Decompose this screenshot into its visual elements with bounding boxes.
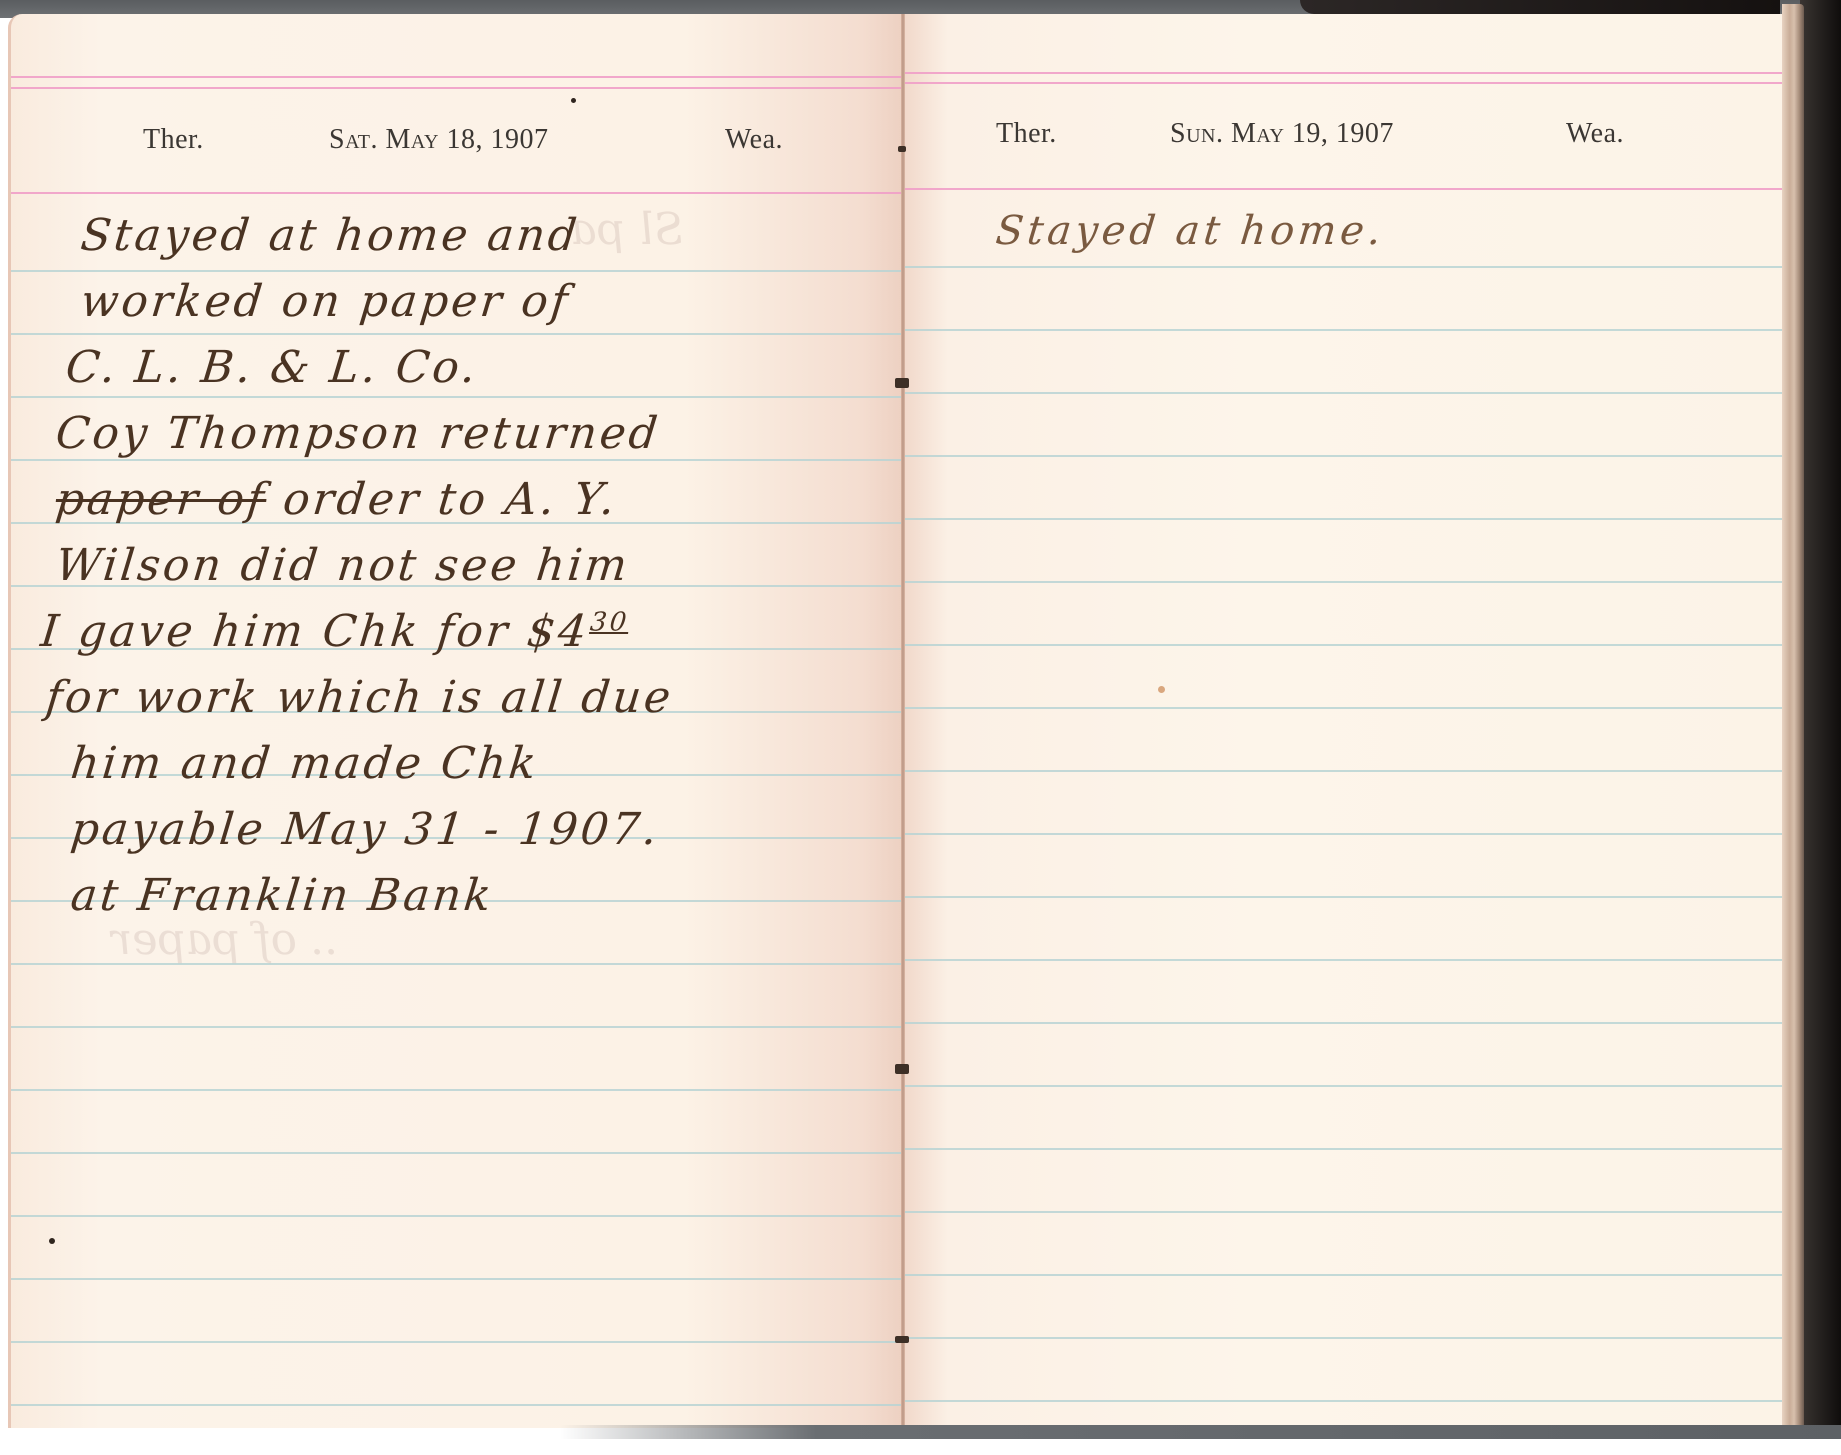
ruled-line (904, 1085, 1782, 1087)
header-rule-top-1 (904, 72, 1782, 74)
ruled-line (904, 770, 1782, 772)
entry-line-2: worked on paper of (78, 276, 573, 327)
entry-line-1: Stayed at home and (78, 210, 582, 261)
entry-line-6: Wilson did not see him (53, 540, 632, 591)
right-page-header: Ther. Sun. May 19, 1907 Wea. (904, 118, 1782, 158)
ruled-line (904, 266, 1782, 268)
ruled-line (904, 644, 1782, 646)
header-rule-top-1 (11, 76, 907, 78)
page-edges-right (1782, 4, 1804, 1429)
entry-line-7-text: I gave him Chk for $4 (38, 606, 592, 657)
header-rule-bottom (904, 188, 1782, 190)
ruled-line (11, 459, 907, 461)
ruled-line (904, 959, 1782, 961)
book-gutter (901, 14, 905, 1430)
ruled-line (904, 392, 1782, 394)
right-page: Ther. Sun. May 19, 1907 Wea. Stayed at h… (904, 14, 1782, 1430)
ruled-line (904, 1337, 1782, 1339)
ruled-line (11, 396, 907, 398)
header-rule-bottom (11, 192, 907, 194)
ruled-line (904, 1400, 1782, 1402)
ruled-line (904, 1274, 1782, 1276)
page-date: Sat. May 18, 1907 (329, 124, 548, 156)
ruled-line (904, 455, 1782, 457)
amount-cents: 30 (589, 607, 631, 637)
page-date: Sun. May 19, 1907 (1170, 118, 1394, 150)
ruled-line (11, 1215, 907, 1217)
ruled-line (904, 1148, 1782, 1150)
binding-stitch (895, 1064, 909, 1074)
ruled-line (904, 581, 1782, 583)
entry-line-4: Coy Thompson returned (53, 408, 663, 459)
entry-line-1: Stayed at home. (994, 208, 1388, 254)
book-cover-bottom-edge (560, 1425, 1841, 1439)
ink-speck (49, 1238, 55, 1244)
entry-line-9: him and made Chk (68, 738, 541, 789)
left-page-header: Ther. Sat. May 18, 1907 Wea. (11, 124, 907, 164)
ruled-line (11, 270, 907, 272)
ruled-line (904, 1022, 1782, 1024)
entry-line-3: C. L. B. & L. Co. (63, 342, 481, 393)
entry-line-5-text: order to A. Y. (281, 474, 620, 525)
ruled-line (11, 1404, 907, 1406)
diary-scan: Ther. Sat. May 18, 1907 Wea. Sl pa .. of… (0, 0, 1841, 1455)
book-cover-right (1800, 0, 1841, 1440)
binding-stitch (895, 378, 909, 388)
weather-label: Wea. (725, 124, 783, 156)
ruled-line (904, 1211, 1782, 1213)
ruled-line (904, 707, 1782, 709)
ruled-line (904, 833, 1782, 835)
thermometer-label: Ther. (143, 124, 204, 156)
ruled-line (11, 1089, 907, 1091)
ruled-line (904, 518, 1782, 520)
binding-stitch (895, 1336, 909, 1343)
ruled-line (11, 1026, 907, 1028)
ruled-line (11, 1278, 907, 1280)
entry-line-10: payable May 31 - 1907. (68, 804, 662, 855)
show-through-text: Sl pa (568, 204, 686, 255)
ruled-line (904, 896, 1782, 898)
ruled-line (11, 1341, 907, 1343)
entry-line-8: for work which is all due (43, 672, 676, 723)
ruled-line (11, 1152, 907, 1154)
book-cover-top-edge (1300, 0, 1780, 14)
ruled-line (904, 329, 1782, 331)
ruled-line (11, 333, 907, 335)
binding-stitch (898, 146, 906, 152)
entry-line-7: I gave him Chk for $430 (38, 606, 631, 657)
show-through-text: .. of paper (108, 914, 342, 965)
struck-text: paper of (53, 474, 269, 525)
thermometer-label: Ther. (996, 118, 1057, 150)
entry-line-5: paper of order to A. Y. (53, 474, 620, 525)
left-page: Ther. Sat. May 18, 1907 Wea. Sl pa .. of… (8, 14, 907, 1430)
entry-line-11: at Franklin Bank (68, 870, 496, 921)
weather-label: Wea. (1566, 118, 1624, 150)
header-rule-top-2 (904, 82, 1782, 84)
header-rule-top-2 (11, 87, 907, 89)
paper-spot (1158, 686, 1165, 693)
ink-speck (571, 98, 576, 103)
